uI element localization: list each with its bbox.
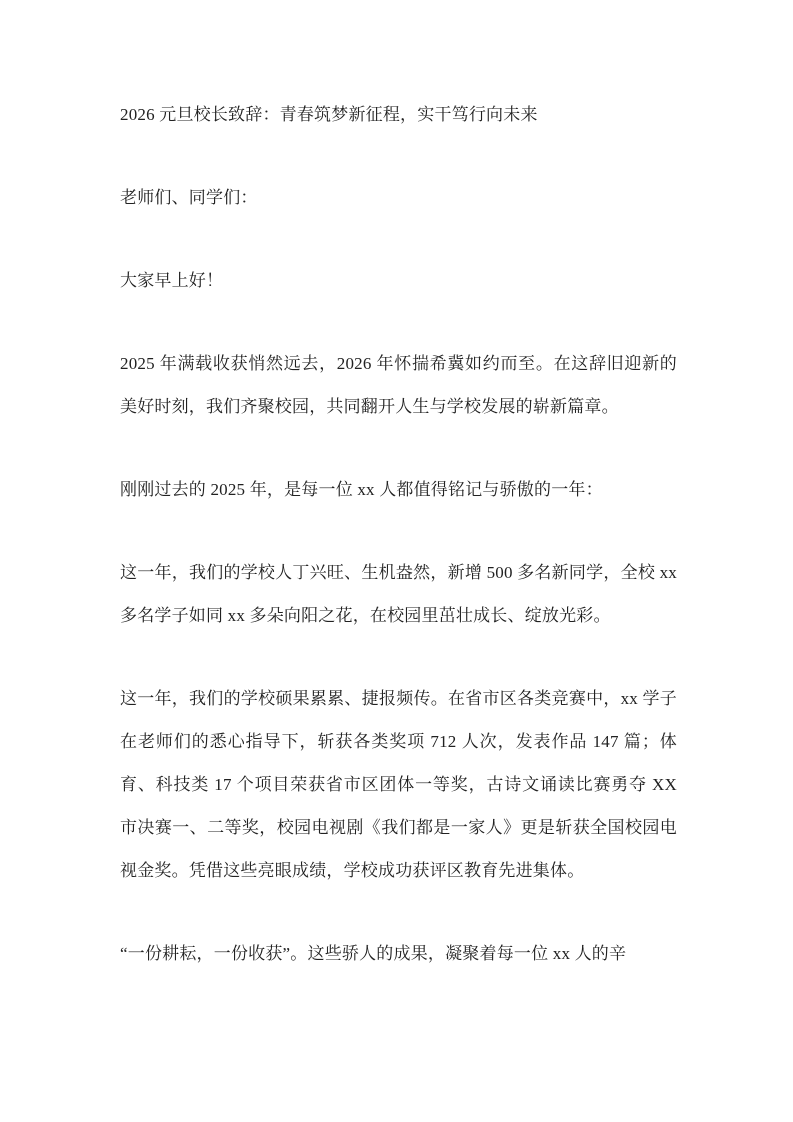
paragraph-greeting: 大家早上好！ (120, 259, 677, 302)
paragraph-year-review-intro: 刚刚过去的 2025 年，是每一位 xx 人都值得铭记与骄傲的一年： (120, 468, 677, 511)
paragraph-salutation: 老师们、同学们： (120, 176, 677, 219)
paragraph-school-growth: 这一年，我们的学校人丁兴旺、生机盎然，新增 500 多名新同学，全校 xx 多名… (120, 551, 677, 637)
paragraph-achievements: 这一年，我们的学校硕果累累、捷报频传。在省市区各类竞赛中，xx 学子在老师们的悉… (120, 677, 677, 892)
paragraph-harvest-truncated: “一份耕耘，一份收获”。这些骄人的成果，凝聚着每一位 xx 人的辛 (120, 932, 677, 975)
document-title: 2026 元旦校长致辞：青春筑梦新征程，实干笃行向未来 (120, 93, 677, 136)
paragraph-opening: 2025 年满载收获悄然远去，2026 年怀揣希冀如约而至。在这辞旧迎新的美好时… (120, 342, 677, 428)
document-content: 2026 元旦校长致辞：青春筑梦新征程，实干笃行向未来 老师们、同学们： 大家早… (120, 93, 677, 1015)
document-page: 2026 元旦校长致辞：青春筑梦新征程，实干笃行向未来 老师们、同学们： 大家早… (0, 0, 793, 1122)
